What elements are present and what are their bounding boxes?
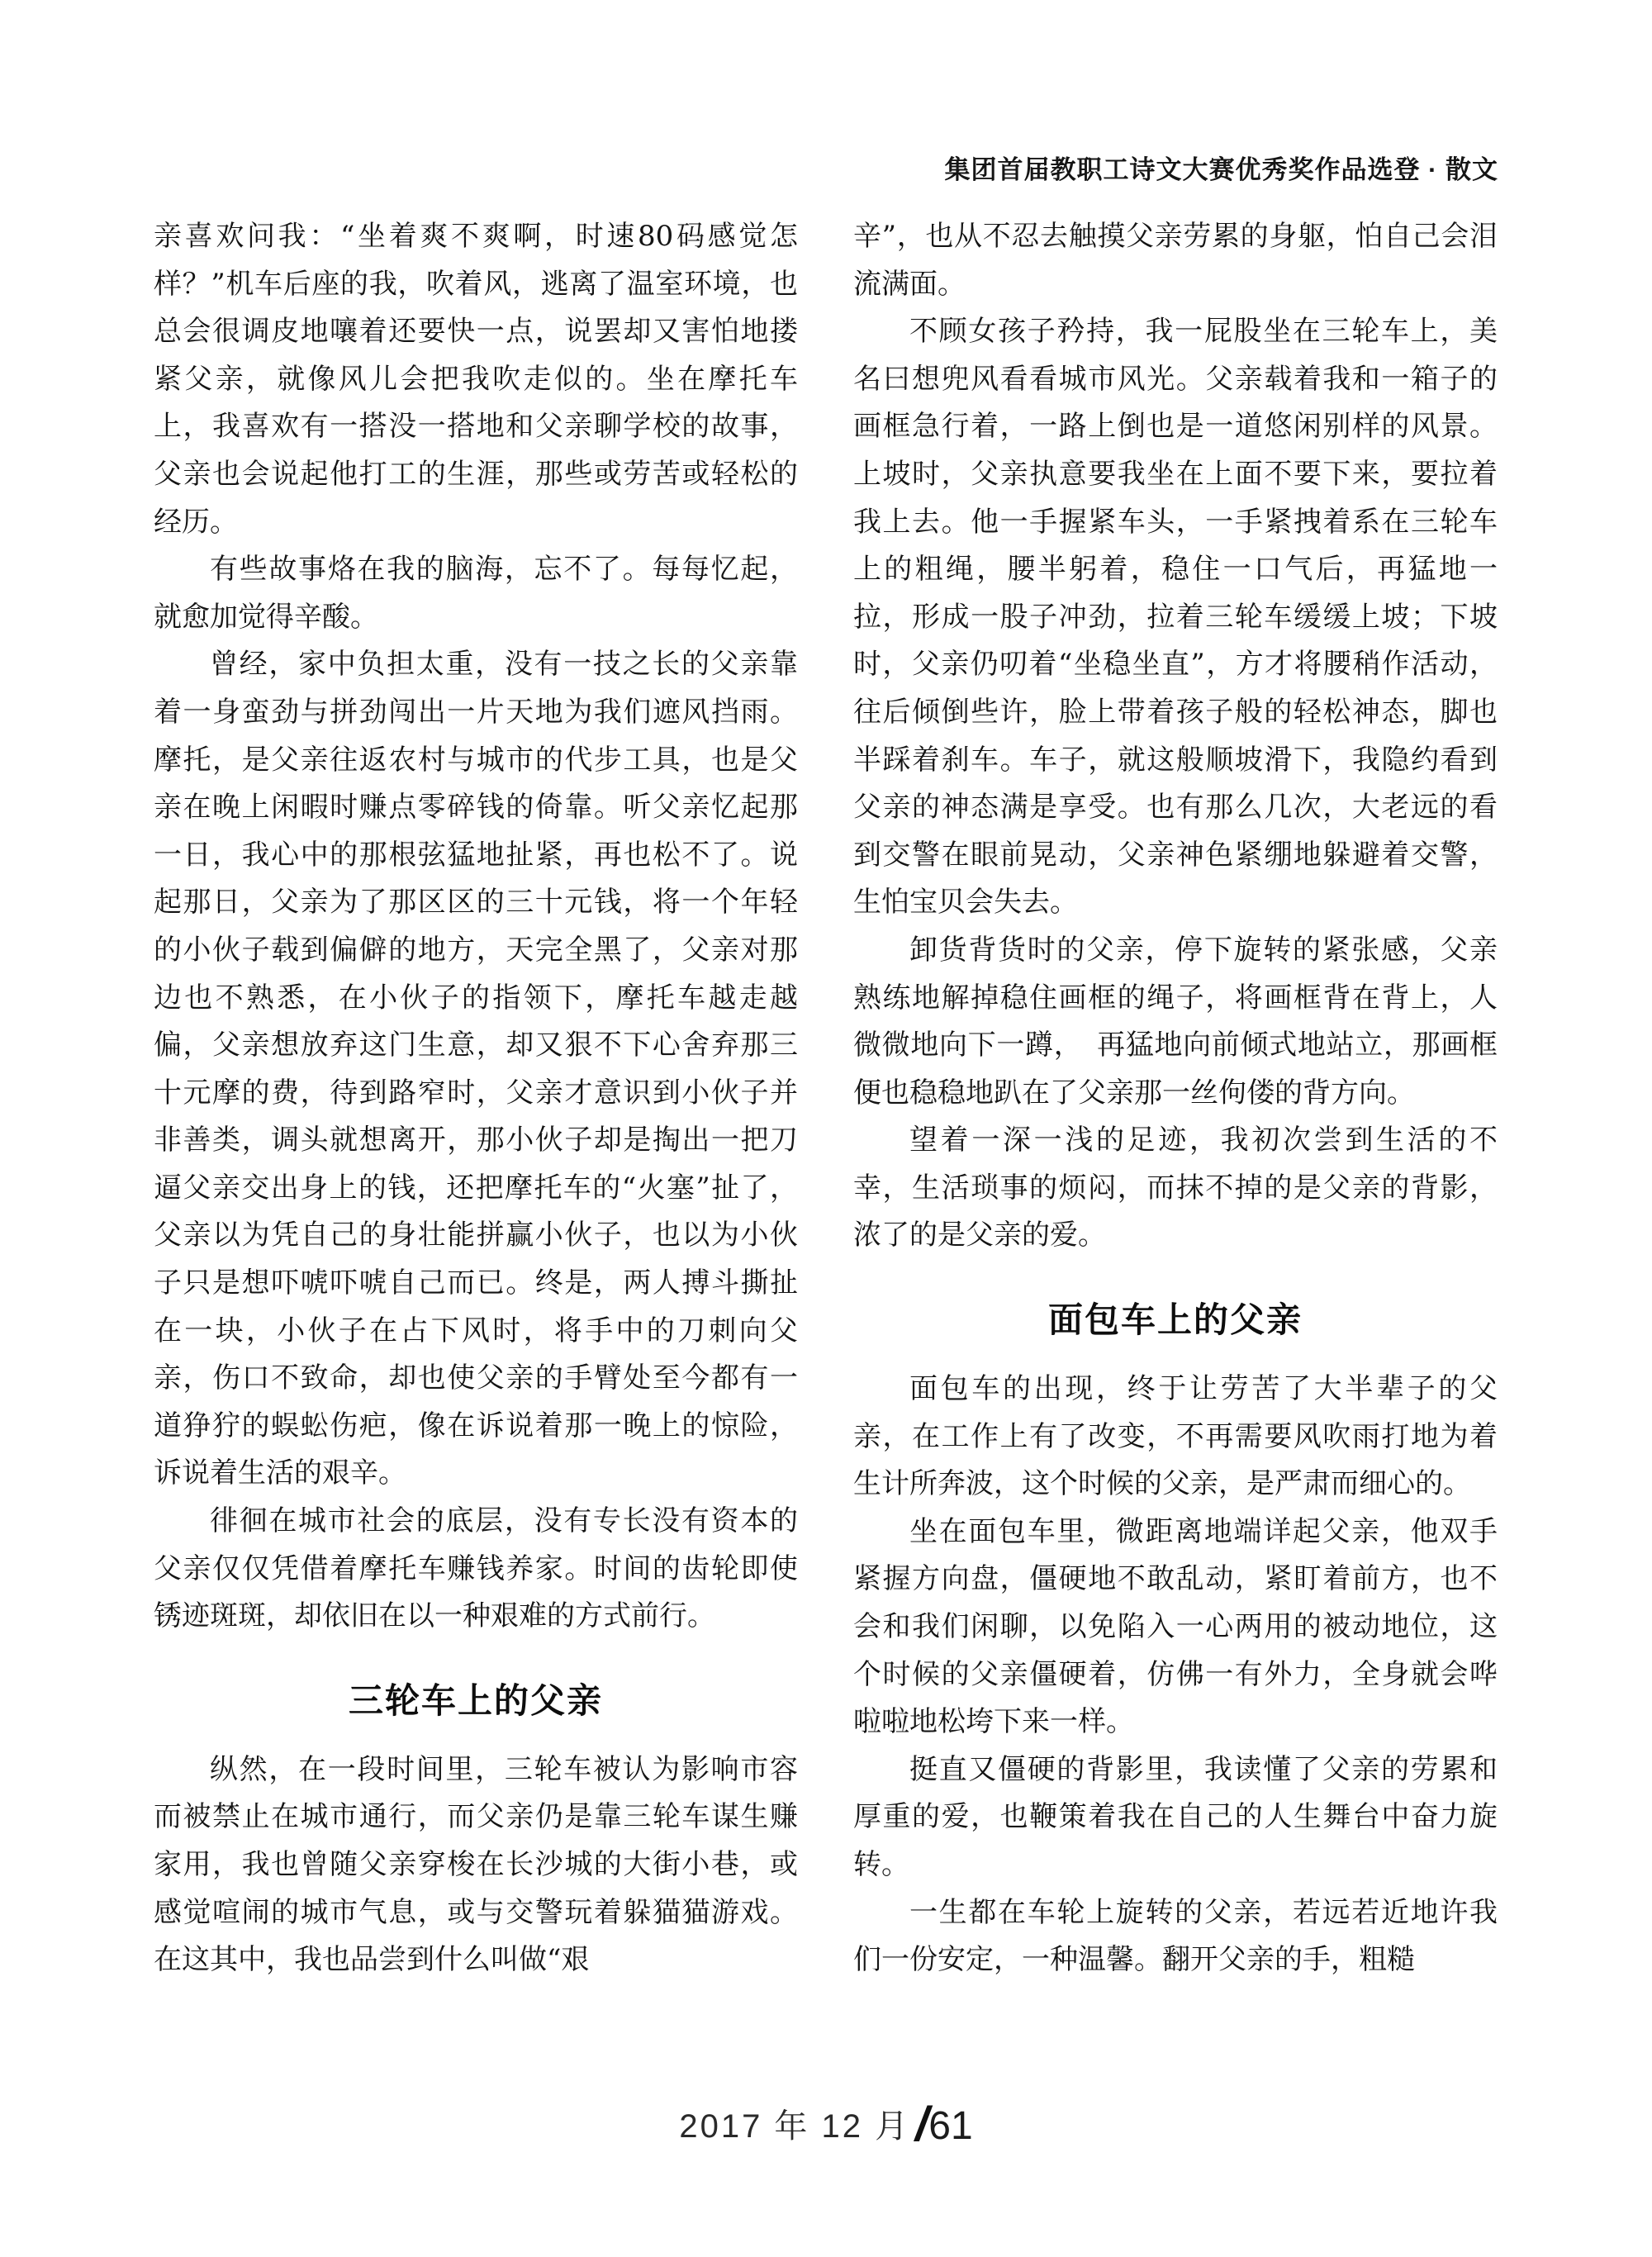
page-footer: 2017 年 12 月/61	[0, 2097, 1652, 2152]
two-column-text-area: 亲喜欢问我：“坐着爽不爽啊，时速80码感觉怎样？”机车后座的我，吹着风，逃离了温…	[154, 213, 1498, 1984]
paragraph: 辛”，也从不忍去触摸父亲劳累的身躯，怕自己会泪流满面。	[853, 213, 1498, 308]
paragraph: 不顾女孩子矜持，我一屁股坐在三轮车上，美名曰想兜风看看城市风光。父亲载着我和一箱…	[853, 308, 1498, 927]
footer-slash: /	[915, 2098, 928, 2151]
paragraph: 亲喜欢问我：“坐着爽不爽啊，时速80码感觉怎样？”机车后座的我，吹着风，逃离了温…	[154, 213, 798, 546]
page-header-title: 集团首届教职工诗文大赛优秀奖作品选登 · 散文	[154, 149, 1498, 186]
paragraph: 坐在面包车里，微距离地端详起父亲，他双手紧握方向盘，僵硬地不敢乱动，紧盯着前方，…	[853, 1509, 1498, 1746]
paragraph: 望着一深一浅的足迹，我初次尝到生活的不幸，生活琐事的烦闷，而抹不掉的是父亲的背影…	[853, 1117, 1498, 1260]
paragraph: 挺直又僵硬的背影里，我读懂了父亲的劳累和厚重的爱，也鞭策着我在自己的人生舞台中奋…	[853, 1746, 1498, 1889]
section-heading: 面包车上的父亲	[853, 1303, 1498, 1338]
paragraph: 一生都在车轮上旋转的父亲，若远若近地许我们一份安定，一种温馨。翻开父亲的手，粗糙	[853, 1889, 1498, 1984]
magazine-page: 集团首届教职工诗文大赛优秀奖作品选登 · 散文 亲喜欢问我：“坐着爽不爽啊，时速…	[0, 0, 1652, 2257]
left-text-column: 亲喜欢问我：“坐着爽不爽啊，时速80码感觉怎样？”机车后座的我，吹着风，逃离了温…	[154, 213, 798, 1984]
paragraph: 卸货背货时的父亲，停下旋转的紧张感，父亲熟练地解掉稳住画框的绳子，将画框背在背上…	[853, 927, 1498, 1117]
paragraph: 有些故事烙在我的脑海，忘不了。每每忆起，就愈加觉得辛酸。	[154, 546, 798, 641]
paragraph: 面包车的出现，终于让劳苦了大半辈子的父亲，在工作上有了改变，不再需要风吹雨打地为…	[853, 1366, 1498, 1509]
section-heading: 三轮车上的父亲	[154, 1684, 798, 1718]
footer-date: 2017 年 12 月	[679, 2108, 910, 2145]
paragraph: 徘徊在城市社会的底层，没有专长没有资本的父亲仅仅凭借着摩托车赚钱养家。时间的齿轮…	[154, 1498, 798, 1641]
footer-page-number: 61	[928, 2104, 972, 2148]
right-text-column: 辛”，也从不忍去触摸父亲劳累的身躯，怕自己会泪流满面。不顾女孩子矜持，我一屁股坐…	[853, 213, 1498, 1984]
paragraph: 纵然，在一段时间里，三轮车被认为影响市容而被禁止在城市通行，而父亲仍是靠三轮车谋…	[154, 1746, 798, 1984]
paragraph: 曾经，家中负担太重，没有一技之长的父亲靠着一身蛮劲与拼劲闯出一片天地为我们遮风挡…	[154, 641, 798, 1498]
